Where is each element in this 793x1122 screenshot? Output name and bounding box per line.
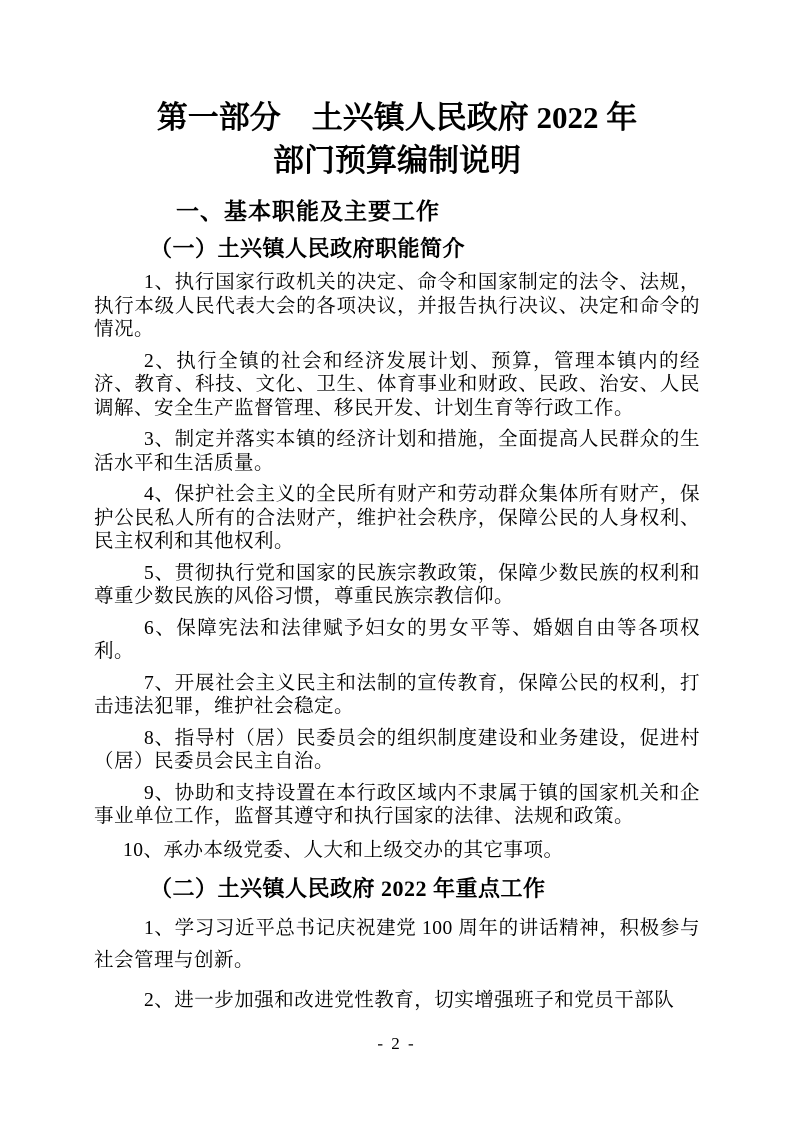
document-page: 第一部分 土兴镇人民政府 2022 年 部门预算编制说明 一、基本职能及主要工作… <box>0 0 793 1122</box>
paragraph-function-1: 1、执行国家行政机关的决定、命令和国家制定的法令、法规，执行本级人民代表大会的各… <box>94 271 700 342</box>
paragraph-function-8: 8、指导村（居）民委员会的组织制度建设和业务建设，促进村（居）民委员会民主自治。 <box>94 727 700 774</box>
document-title: 第一部分 土兴镇人民政府 2022 年 部门预算编制说明 <box>94 96 700 182</box>
paragraph-function-5: 5、贯彻执行党和国家的民族宗教政策，保障少数民族的权利和尊重少数民族的风俗习惯，… <box>94 562 700 609</box>
paragraph-function-4: 4、保护社会主义的全民所有财产和劳动群众集体所有财产，保护公民私人所有的合法财产… <box>94 483 700 554</box>
paragraph-function-7: 7、开展社会主义民主和法制的宣传教育，保障公民的权利，打击违法犯罪，维护社会稳定… <box>94 672 700 719</box>
subsection-heading-key-work-2022: （二）土兴镇人民政府 2022 年重点工作 <box>94 874 700 903</box>
section-heading-basic-functions: 一、基本职能及主要工作 <box>94 196 700 226</box>
paragraph-function-9: 9、协助和支持设置在本行政区域内不隶属于镇的国家机关和企事业单位工作，监督其遵守… <box>94 782 700 829</box>
paragraph-function-6: 6、保障宪法和法律赋予妇女的男女平等、婚姻自由等各项权利。 <box>94 617 700 664</box>
subsection-heading-functions-intro: （一）土兴镇人民政府职能简介 <box>94 234 700 263</box>
paragraph-function-10: 10、承办本级党委、人大和上级交办的其它事项。 <box>94 839 700 863</box>
paragraph-function-3: 3、制定并落实本镇的经济计划和措施，全面提高人民群众的生活水平和生活质量。 <box>94 428 700 475</box>
document-title-line1: 第一部分 土兴镇人民政府 2022 年 <box>94 96 700 139</box>
paragraph-keywork-2: 2、进一步加强和改进党性教育，切实增强班子和党员干部队 <box>94 985 700 1017</box>
document-content: 第一部分 土兴镇人民政府 2022 年 部门预算编制说明 一、基本职能及主要工作… <box>0 0 793 1017</box>
paragraph-keywork-1: 1、学习习近平总书记庆祝建党 100 周年的讲话精神，积极参与社会管理与创新。 <box>94 913 700 977</box>
paragraph-function-2: 2、执行全镇的社会和经济发展计划、预算，管理本镇内的经济、教育、科技、文化、卫生… <box>94 350 700 421</box>
document-title-line2: 部门预算编制说明 <box>94 139 700 182</box>
page-number: - 2 - <box>0 1034 793 1054</box>
